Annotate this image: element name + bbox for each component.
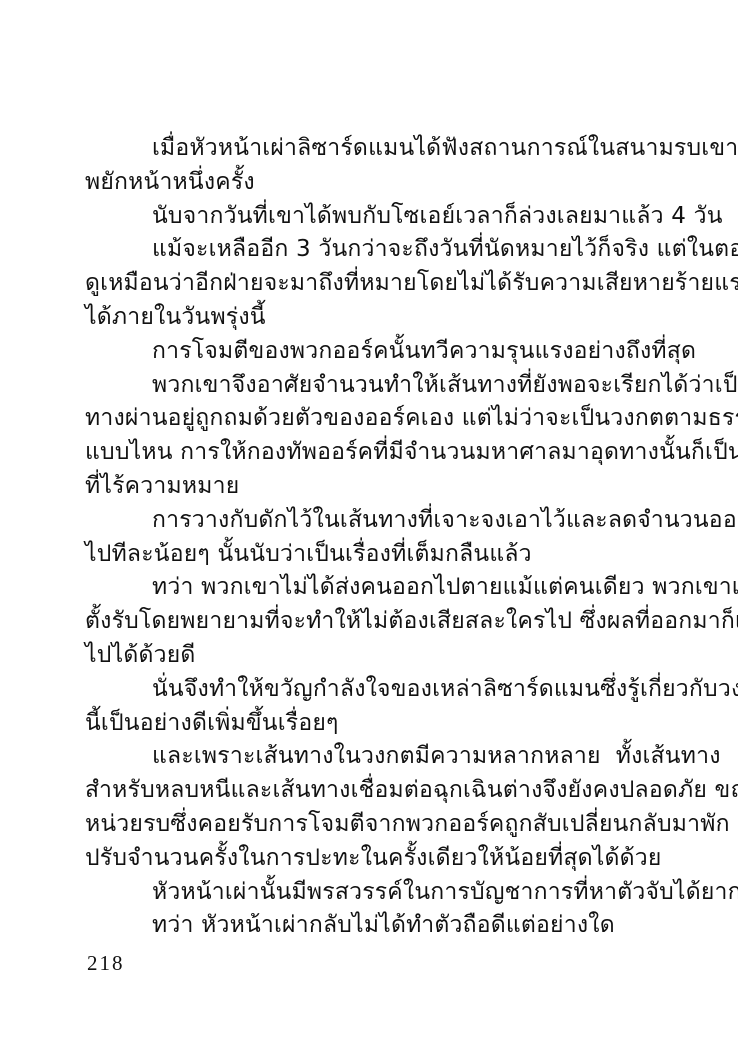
text-line: การโจมตีของพวกออร์คนั้นทวีความรุนแรงอย่า…: [85, 335, 663, 369]
text-line: ที่ไร้ความหมาย: [85, 470, 663, 504]
text-line: ตั้งรับโดยพยายามที่จะทำให้ไม่ต้องเสียสละ…: [85, 605, 663, 639]
text-line: สำหรับหลบหนีและเส้นทางเชื่อมต่อฉุกเฉินต่…: [85, 774, 663, 808]
text-line: เมื่อหัวหน้าเผ่าลิซาร์ดแมนได้ฟังสถานการณ…: [85, 132, 663, 166]
text-line: นั่นจึงทำให้ขวัญกำลังใจของเหล่าลิซาร์ดแม…: [85, 673, 663, 707]
text-line: นับจากวันที่เขาได้พบกับโซเอย์เวลาก็ล่วงเ…: [85, 200, 663, 234]
text-line: ทว่า พวกเขาไม่ได้ส่งคนออกไปตายแม้แต่คนเด…: [85, 571, 663, 605]
text-line: ปรับจำนวนครั้งในการปะทะในครั้งเดียวให้น้…: [85, 842, 663, 876]
text-line: ดูเหมือนว่าอีกฝ่ายจะมาถึงที่หมายโดยไม่ได…: [85, 267, 663, 301]
text-line: ทางผ่านอยู่ถูกถมด้วยตัวของออร์คเอง แต่ไม…: [85, 402, 663, 436]
text-line: แบบไหน การให้กองทัพออร์คที่มีจำนวนมหาศาล…: [85, 436, 663, 470]
text-line: แม้จะเหลืออีก 3 วันกว่าจะถึงวันที่นัดหมา…: [85, 233, 663, 267]
text-line: หน่วยรบซึ่งคอยรับการโจมตีจากพวกออร์คถูกส…: [85, 808, 663, 842]
text-line: พยักหน้าหนึ่งครั้ง: [85, 166, 663, 200]
page-text: เมื่อหัวหน้าเผ่าลิซาร์ดแมนได้ฟังสถานการณ…: [85, 132, 663, 943]
text-line: หัวหน้าเผ่านั้นมีพรสวรรค์ในการบัญชาการที…: [85, 876, 663, 910]
text-line: นี้เป็นอย่างดีเพิ่มขึ้นเรื่อยๆ: [85, 707, 663, 741]
text-line: ทว่า หัวหน้าเผ่ากลับไม่ได้ทำตัวถือดีแต่อ…: [85, 909, 663, 943]
text-line: พวกเขาจึงอาศัยจำนวนทำให้เส้นทางที่ยังพอจ…: [85, 369, 663, 403]
text-line: ไปได้ด้วยดี: [85, 639, 663, 673]
text-line: ไปทีละน้อยๆ นั้นนับว่าเป็นเรื่องที่เต็มก…: [85, 538, 663, 572]
text-line: ได้ภายในวันพรุ่งนี้: [85, 301, 663, 335]
book-page: เมื่อหัวหน้าเผ่าลิซาร์ดแมนได้ฟังสถานการณ…: [0, 0, 738, 1051]
text-line: การวางกับดักไว้ในเส้นทางที่เจาะจงเอาไว้แ…: [85, 504, 663, 538]
page-number: 218: [87, 951, 125, 976]
text-line: และเพราะเส้นทางในวงกตมีความหลากหลาย ทั้ง…: [85, 740, 663, 774]
